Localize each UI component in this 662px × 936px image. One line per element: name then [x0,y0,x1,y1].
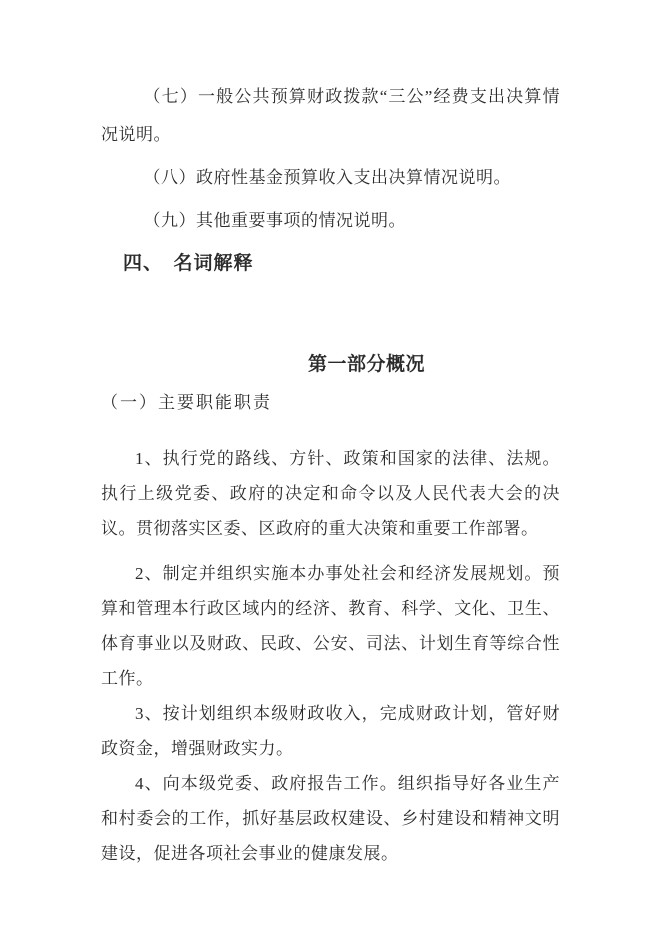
terms-heading: 四、 名词解释 [101,245,560,283]
part-title: 第一部分概况 [137,346,596,384]
document-page: （七）一般公共预算财政拨款“三公”经费支出决算情况说明。 （八）政府性基金预算收… [0,0,662,936]
toc-item-8: （八）政府性基金预算收入支出决算情况说明。 [101,159,560,197]
body-paragraph-4: 4、向本级党委、政府报告工作。组织指导好各业生产和村委会的工作，抓好基层政权建设… [101,766,560,871]
body-paragraph-3: 3、按计划组织本级财政收入，完成财政计划，管好财政资金，增强财政实力。 [101,696,560,766]
toc-item-7: （七）一般公共预算财政拨款“三公”经费支出决算情况说明。 [101,78,560,154]
body-paragraph-1: 1、执行党的路线、方针、政策和国家的法律、法规。执行上级党委、政府的决定和命令以… [101,441,560,546]
subsection-heading: （一）主要职能职责 [101,384,560,422]
body-paragraph-2: 2、制定并组织实施本办事处社会和经济发展规划。预算和管理本行政区域内的经济、教育… [101,556,560,696]
toc-item-9: （九）其他重要事项的情况说明。 [101,202,560,240]
